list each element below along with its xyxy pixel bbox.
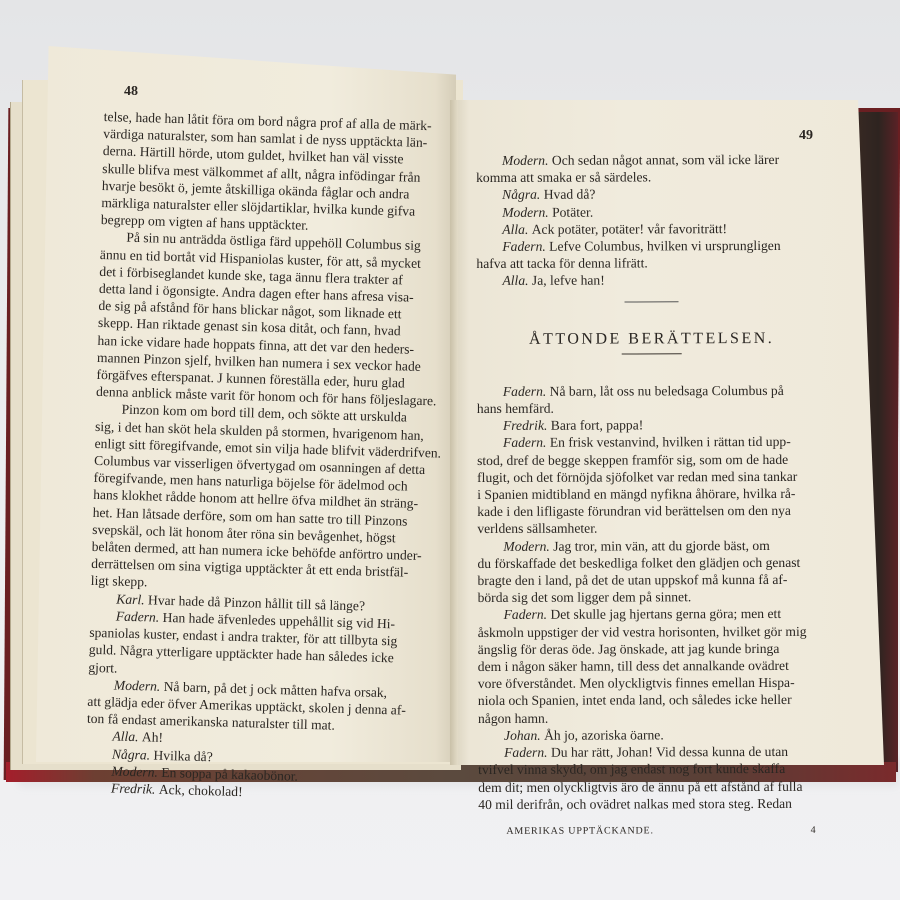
line-text: dem dit; men olyckligtvis äro de ännu på… <box>478 778 802 794</box>
speaker-name: Fredrik. <box>111 780 159 796</box>
right-page-text: Modern. Och sedan något annat, som väl i… <box>476 151 828 840</box>
line-text: Hvad då? <box>544 187 596 202</box>
line-text: Och sedan något annat, som väl icke läre… <box>552 152 779 168</box>
line-text: Nå barn, låt oss nu beledsaga Columbus p… <box>550 383 784 399</box>
line-text: Ah! <box>142 730 164 746</box>
right-page-number: 49 <box>799 128 813 144</box>
text-line: Fadern. En frisk vestanvind, hvilken i r… <box>477 433 827 451</box>
text-line: Alla. Ack potäter, potäter! vår favoritr… <box>476 220 826 238</box>
line-text: stod, dref de begge skeppen framför sig,… <box>477 452 788 468</box>
text-line: börda sig det som ligger dem på sinnet. <box>478 588 828 606</box>
line-text: du förskaffade det beskedliga folket den… <box>477 555 800 571</box>
text-line: niola och Spanien, intet enda land, och … <box>478 691 828 709</box>
text-line: 40 mil derifrån, och ovädret nalkas med … <box>478 794 828 812</box>
line-text: Du har rätt, Johan! Vid dessa kunna de u… <box>551 744 788 760</box>
line-text: En frisk vestanvind, hvilken i rättan ti… <box>550 434 791 450</box>
line-text: Lefve Columbus, hvilken vi ursprungligen <box>549 238 781 254</box>
text-line: någon hamn. <box>478 708 828 726</box>
text-line: du förskaffade det beskedliga folket den… <box>477 554 827 572</box>
speaker-name: Fadern. <box>504 607 551 622</box>
line-text: Jag tror, min vän, att du gjorde bäst, o… <box>553 538 770 554</box>
text-line: komma att smaka er så särdeles. <box>476 168 826 186</box>
line-text: Potäter. <box>552 204 593 219</box>
text-line: Modern. Potäter. <box>476 202 826 220</box>
line-text: Ja, lefve han! <box>532 273 605 288</box>
chapter-title: ÅTTONDE BERÄTTELSEN. <box>477 329 827 347</box>
speaker-name: Fadern. <box>502 239 549 254</box>
line-text: vore öfverståndet. Men olyckligtvis finn… <box>478 675 795 691</box>
speaker-name: Några. <box>502 187 544 202</box>
text-line: vore öfverståndet. Men olyckligtvis finn… <box>478 674 828 692</box>
text-line: Fadern. Nå barn, låt oss nu beledsaga Co… <box>477 382 827 400</box>
text-line: ängslig för deras öde. Jag önskade, att … <box>478 640 828 658</box>
speaker-name: Modern. <box>502 204 552 219</box>
text-line: åskmoln uppstiger der vid vestra horison… <box>478 622 828 640</box>
running-footer: AMERIKAS UPPTÄCKANDE. <box>506 822 653 840</box>
text-line: tvifvel vinna skydd, om jag endast nog f… <box>478 760 828 778</box>
speaker-name: Fadern. <box>116 608 163 624</box>
line-text: Bara fort, pappa! <box>551 418 644 433</box>
text-line: Johan. Åh jo, azoriska öarne. <box>478 726 828 744</box>
line-text: flugit, och det förnöjda sjöfolket var r… <box>477 469 797 485</box>
speaker-name: Några. <box>112 746 154 762</box>
text-line: bragte den i land, på det de utan uppsko… <box>477 571 827 589</box>
line-text: ligt skepp. <box>91 573 148 590</box>
line-text: åskmoln uppstiger der vid vestra horison… <box>478 624 807 640</box>
line-text: ängslig för deras öde. Jag önskade, att … <box>478 641 780 657</box>
left-page-number: 48 <box>124 84 138 100</box>
line-text: 40 mil derifrån, och ovädret nalkas med … <box>478 796 792 812</box>
text-line: Fadern. Det skulle jag hjertans gerna gö… <box>478 605 828 623</box>
text-line: hans hemfärd. <box>477 399 827 417</box>
speaker-name: Alla. <box>502 222 532 237</box>
opening-dialogue: Modern. Och sedan något annat, som väl i… <box>476 151 826 290</box>
line-text: Hvilka då? <box>153 747 213 764</box>
text-line: flugit, och det förnöjda sjöfolket var r… <box>477 468 827 486</box>
text-line: hafva att tacka för denna lifrätt. <box>476 254 826 272</box>
chapter-dialogue: Fadern. Nå barn, låt oss nu beledsaga Co… <box>477 382 828 813</box>
text-line: i Spanien midtibland en mängd nyfikna åh… <box>477 485 827 503</box>
line-text: niola och Spanien, intet enda land, och … <box>478 692 792 708</box>
text-line: Modern. Och sedan något annat, som väl i… <box>476 151 826 169</box>
speaker-name: Johan. <box>504 728 544 743</box>
speaker-name: Fadern. <box>503 384 550 399</box>
line-text: hans hemfärd. <box>477 401 554 416</box>
speaker-name: Fadern. <box>503 435 550 450</box>
text-line: Några. Hvad då? <box>476 185 826 203</box>
text-line: Fredrik. Bara fort, pappa! <box>477 416 827 434</box>
speaker-name: Alla. <box>502 273 532 288</box>
line-text: Det skulle jag hjertans gerna göra; men … <box>550 606 781 622</box>
speaker-name: Modern. <box>503 538 553 553</box>
section-divider <box>625 301 679 302</box>
text-line: Fadern. Du har rätt, Johan! Vid dessa ku… <box>478 743 828 761</box>
text-line: dem dit; men olyckligtvis äro de ännu på… <box>478 777 828 795</box>
line-text: bragte den i land, på det de utan uppsko… <box>477 572 787 588</box>
text-line: Fadern. Lefve Columbus, hvilken vi urspr… <box>476 237 826 255</box>
line-text: Ack, chokolad! <box>159 782 243 799</box>
line-text: gjort. <box>88 659 117 675</box>
book-gutter <box>450 100 458 765</box>
speaker-name: Fredrik. <box>503 418 551 433</box>
text-line: kade i den lifligaste förundran vid berä… <box>477 502 827 520</box>
speaker-name: Modern. <box>502 153 552 168</box>
line-text: verldens sällsamheter. <box>477 521 597 536</box>
text-line: Modern. Jag tror, min vän, att du gjorde… <box>477 536 827 554</box>
line-text: tvifvel vinna skydd, om jag endast nog f… <box>478 761 785 777</box>
line-text: börda sig det som ligger dem på sinnet. <box>478 590 692 606</box>
speaker-name: Modern. <box>111 763 161 779</box>
speaker-name: Modern. <box>114 677 164 693</box>
line-text: hafva att tacka för denna lifrätt. <box>476 256 647 272</box>
line-text: i Spanien midtibland en mängd nyfikna åh… <box>477 486 795 502</box>
page-footer: AMERIKAS UPPTÄCKANDE. 4 <box>478 822 816 840</box>
left-page-text: telse, hade han låtit föra om bord några… <box>85 108 434 805</box>
line-text: Ack potäter, potäter! vår favoriträtt! <box>532 221 727 237</box>
signature-mark: 4 <box>811 822 817 839</box>
line-text: någon hamn. <box>478 710 548 725</box>
line-text: kade i den lifligaste förundran vid berä… <box>477 503 791 519</box>
text-line: Alla. Ja, lefve han! <box>476 271 826 289</box>
chapter-rule <box>622 353 682 354</box>
line-text: komma att smaka er så särdeles. <box>476 170 651 186</box>
line-text: Åh jo, azoriska öarne. <box>544 727 664 742</box>
speaker-name: Alla. <box>112 729 142 745</box>
text-line: stod, dref de begge skeppen framför sig,… <box>477 450 827 468</box>
speaker-name: Fadern. <box>504 745 551 760</box>
line-text: dem i någon säker hamn, till dess det an… <box>478 658 789 674</box>
speaker-name: Karl. <box>116 591 148 607</box>
text-line: verldens sällsamheter. <box>477 519 827 537</box>
text-line: dem i någon säker hamn, till dess det an… <box>478 657 828 675</box>
